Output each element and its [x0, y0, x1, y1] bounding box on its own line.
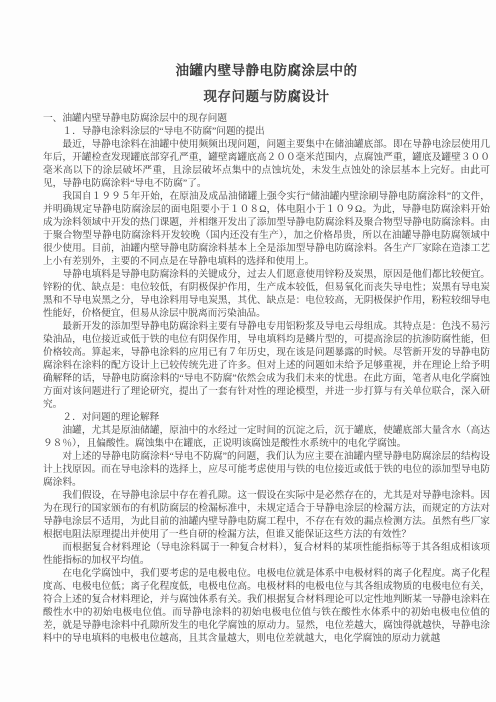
paragraph-4: 最新开发的添加型导静电防腐涂料主要有导静电专用铝粉浆及导电云母组成。其特点是：色…: [43, 320, 490, 411]
paragraph-1: 最近，导静电涂料在油罐中使用频频出现问题，问题主要集中在储油罐底部。即在导静电涂…: [43, 138, 490, 190]
document-content: 油罐内壁导静电防腐涂层中的 现存问题与防腐设计 一、油罐内壁导静电防腐涂层中的现…: [43, 58, 490, 645]
paragraph-6: 对上述的导静电防腐涂料“导电不防腐”的问题，我们认为应主要在油罐内壁导静电防腐涂…: [43, 450, 490, 489]
doc-title: 油罐内壁导静电防腐涂层中的 现存问题与防腐设计: [43, 58, 490, 110]
doc-title-line-2: 现存问题与防腐设计: [43, 84, 490, 110]
doc-body: 一、油罐内壁导静电防腐涂层中的现存问题 １．导静电涂料涂层的“导电不防腐”问题的…: [43, 112, 490, 645]
paragraph-2: 我国自１９９５年开始，在原油及成品油储罐上强令实行“储油罐内壁涂刷导静电防腐涂料…: [43, 190, 490, 268]
paragraph-9: 在电化学腐蚀中，我们要考虑的是电极电位。电极电位就是体系中电极材料的离子化程度。…: [43, 567, 490, 645]
paragraph-8: 而根据复合材料理论（导电涂料属于一种复合材料），复合材料的某项性能指标等于其各组…: [43, 541, 490, 567]
subsection-heading-1: １．导静电涂料涂层的“导电不防腐”问题的提出: [43, 125, 490, 138]
doc-title-line-1: 油罐内壁导静电防腐涂层中的: [43, 58, 490, 84]
subsection-heading-2: ２．对问题的理论解释: [43, 411, 490, 424]
paragraph-3: 导静电填料是导静电防腐涂料的关键成分，过去人们愿意使用锌粉及炭黑，原因是他们都比…: [43, 268, 490, 320]
section-heading-1: 一、油罐内壁导静电防腐涂层中的现存问题: [43, 112, 490, 125]
paragraph-5: 油罐，尤其是原油储罐，原油中的水经过一定时间的沉淀之后，沉于罐底，使罐底部大量含…: [43, 424, 490, 450]
paragraph-7: 我们假设，在导静电涂层中存在着孔隙。这一假设在实际中是必然存在的，尤其是对导静电…: [43, 489, 490, 541]
document-page: 油罐内壁导静电防腐涂层中的 现存问题与防腐设计 一、油罐内壁导静电防腐涂层中的现…: [0, 0, 496, 702]
